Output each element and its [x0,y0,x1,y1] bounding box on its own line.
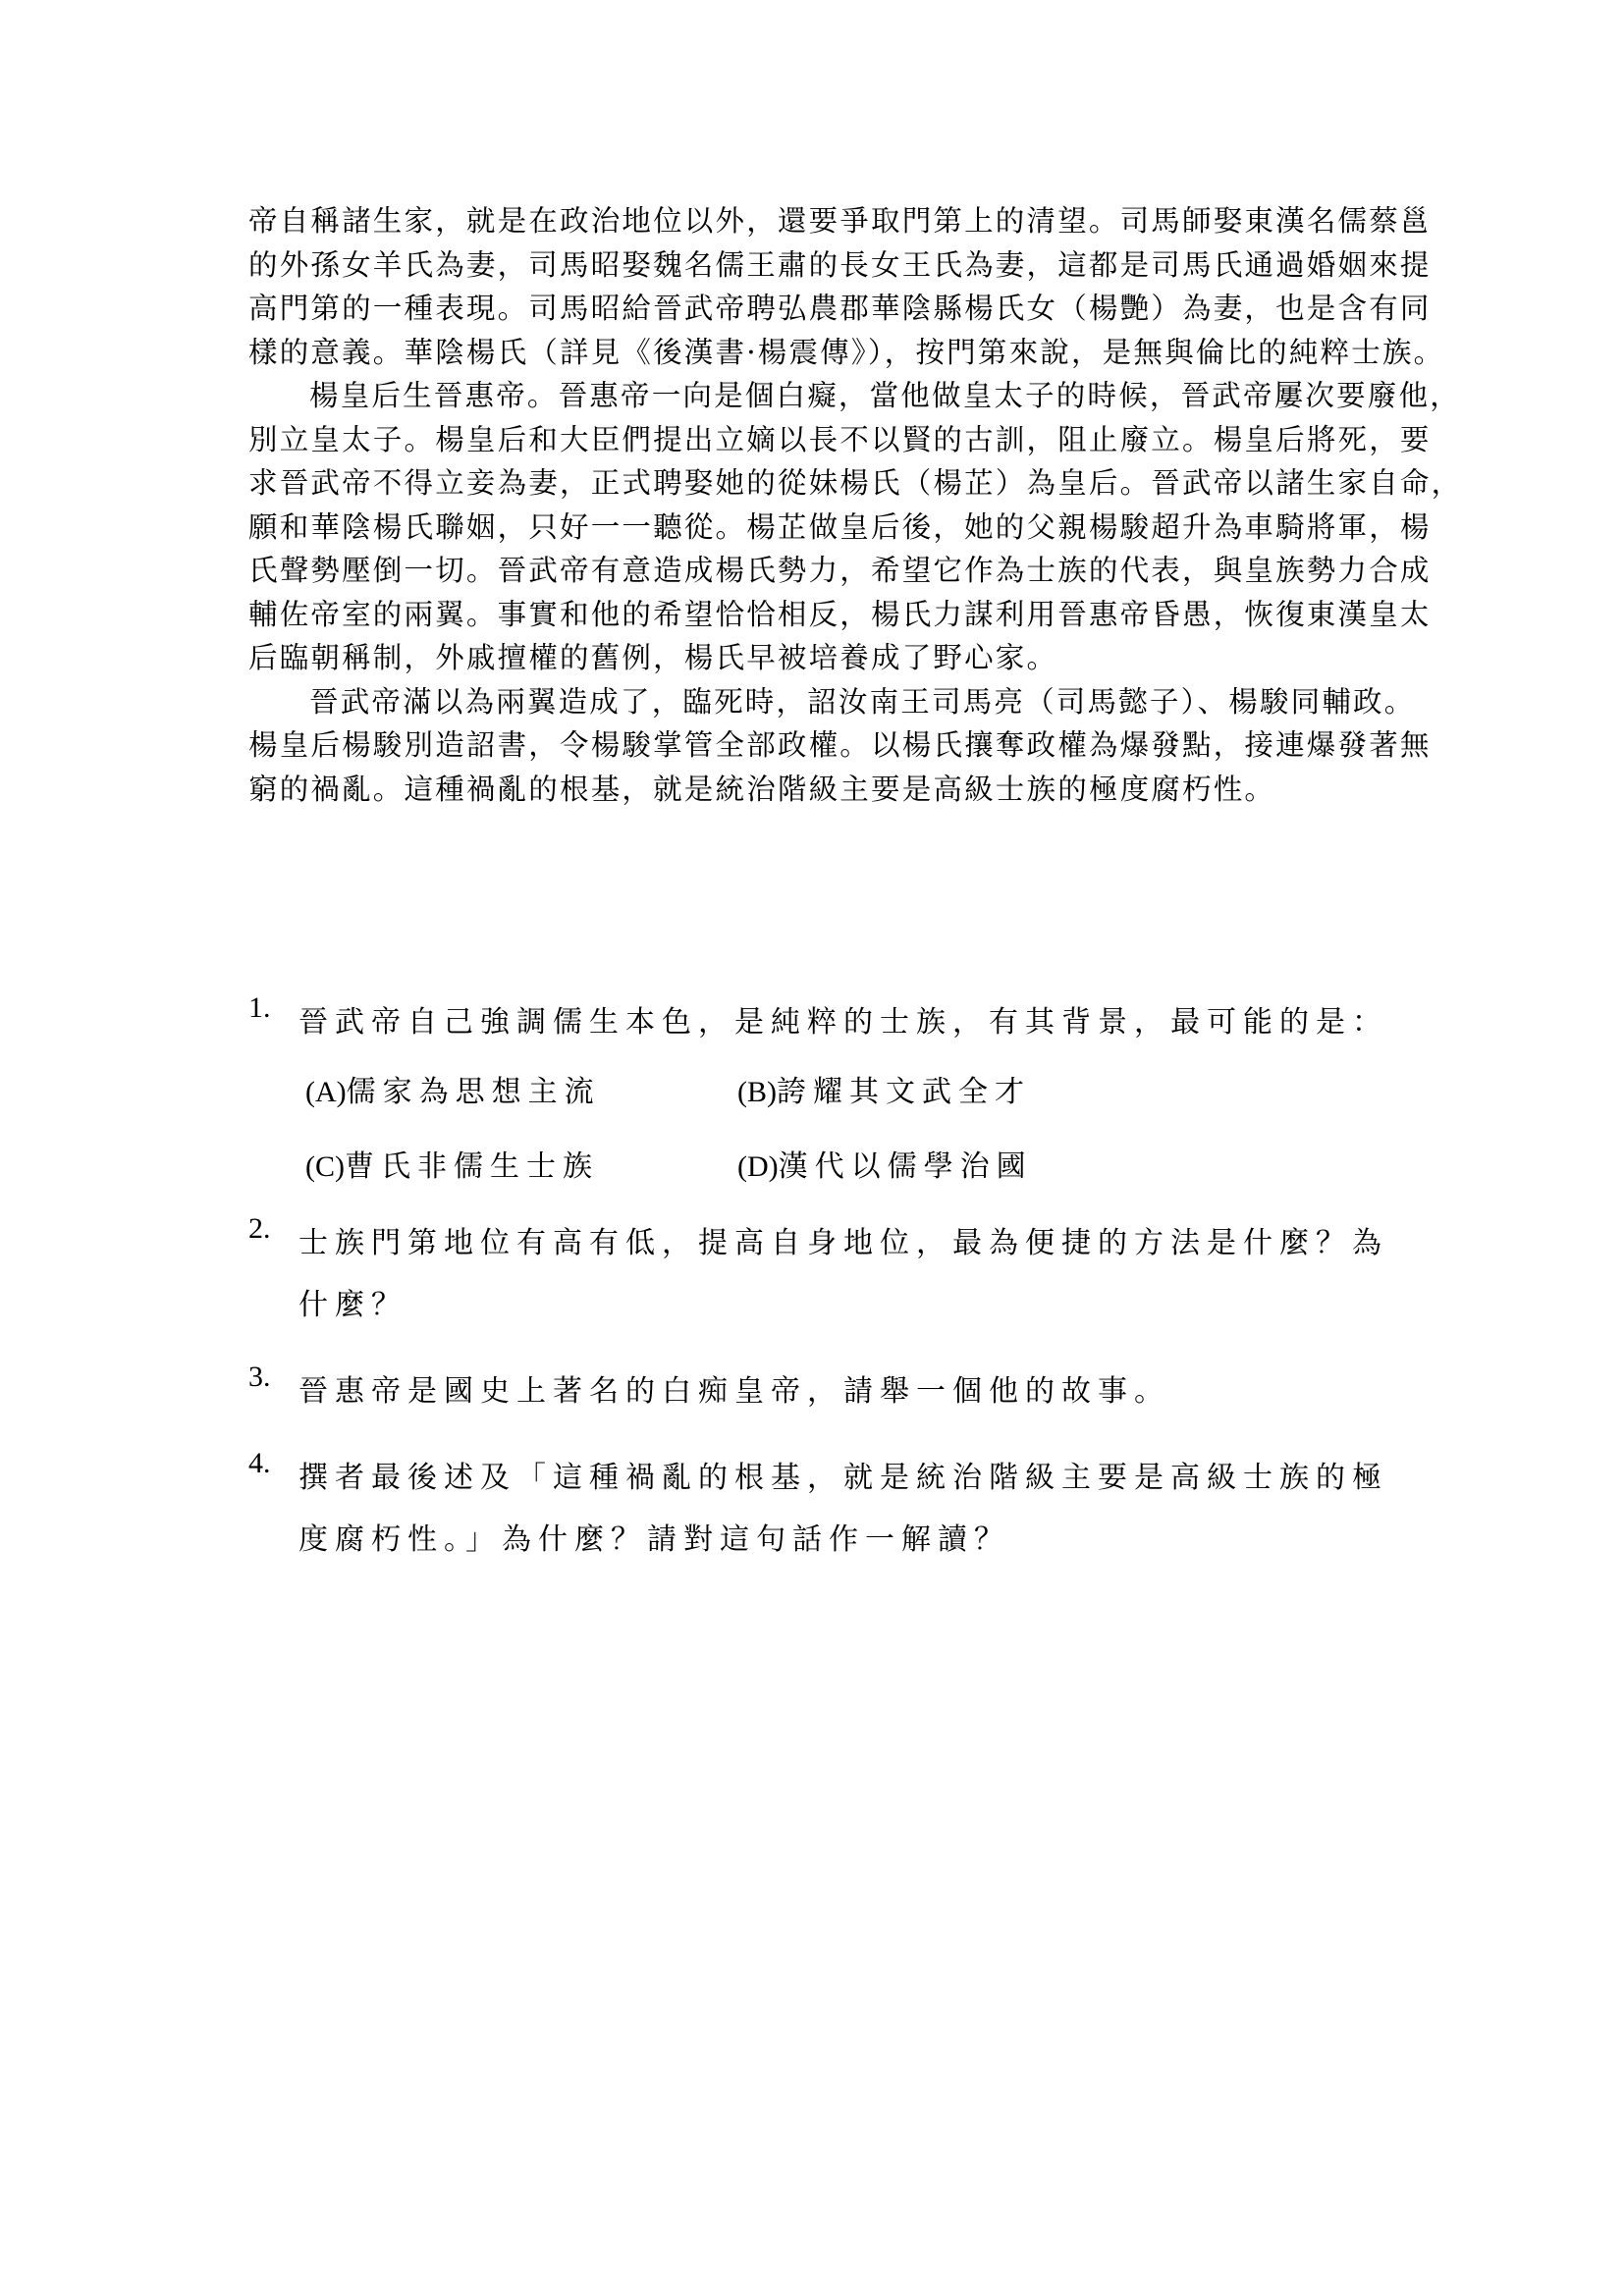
option-text: 曹氏非儒生士族 [345,1150,599,1183]
passage-paragraph-3: 晉武帝滿以為兩翼造成了，臨死時，詔汝南王司馬亮（司馬懿子）、楊駿同輔政。 楊皇后… [248,680,1387,812]
passage-line: 帝自稱諸生家，就是在政治地位以外，還要爭取門第上的清望。司馬師娶東漢名儒蔡邕 [248,199,1387,243]
passage-line: 楊皇后楊駿別造詔書，令楊駿掌管全部政權。以楊氏攘奪政權為爆發點，接連爆發著無 [248,723,1387,768]
passage-line: 窮的禍亂。這種禍亂的根基，就是統治階級主要是高級士族的極度腐朽性。 [248,768,1387,812]
option-row: (C)曹氏非儒生士族 (D)漢代以儒學治國 [305,1130,1397,1204]
option-key: (A) [305,1076,347,1108]
question-list: 1. 晉武帝自己強調儒生本色，是純粹的士族，有其背景，最可能的是： (A)儒家為… [248,991,1397,1571]
option-row: (A)儒家為思想主流 (B)誇耀其文武全才 [305,1055,1397,1130]
option-key: (D) [737,1150,779,1183]
passage-line: 氏聲勢壓倒一切。晉武帝有意造成楊氏勢力，希望它作為士族的代表，與皇族勢力合成 [248,549,1387,593]
passage-line: 別立皇太子。楊皇后和大臣們提出立嫡以長不以賢的古訓，阻止廢立。楊皇后將死，要 [248,418,1387,462]
question-1-options: (A)儒家為思想主流 (B)誇耀其文武全才 (C)曹氏非儒生士族 (D)漢代以儒… [248,1055,1397,1204]
question-text: 晉惠帝是國史上著名的白痴皇帝，請舉一個他的故事。 [298,1361,1397,1422]
question-number: 3. [248,1361,271,1394]
passage-line: 高門第的一種表現。司馬昭給晉武帝聘弘農郡華陰縣楊氏女（楊艷）為妻，也是含有同 [248,287,1387,331]
option-a[interactable]: (A)儒家為思想主流 [305,1055,737,1130]
option-b[interactable]: (B)誇耀其文武全才 [737,1055,1169,1130]
passage-line: 的外孫女羊氏為妻，司馬昭娶魏名儒王肅的長女王氏為妻，這都是司馬氏通過婚姻來提 [248,243,1387,288]
question-text: 什麼？ [298,1274,1397,1336]
passage-line: 樣的意義。華陰楊氏（詳見《後漢書·楊震傳》），按門第來說，是無與倫比的純粹士族。 [248,331,1387,375]
passage-line: 晉武帝滿以為兩翼造成了，臨死時，詔汝南王司馬亮（司馬懿子）、楊駿同輔政。 [248,680,1387,724]
document-page: 帝自稱諸生家，就是在政治地位以外，還要爭取門第上的清望。司馬師娶東漢名儒蔡邕 的… [0,0,1624,2296]
passage-line: 楊皇后生晉惠帝。晉惠帝一向是個白癡，當他做皇太子的時候，晉武帝屢次要廢他， [248,374,1387,418]
question-number: 1. [248,991,271,1025]
option-text: 誇耀其文武全才 [777,1076,1031,1108]
passage-paragraph-2: 楊皇后生晉惠帝。晉惠帝一向是個白癡，當他做皇太子的時候，晉武帝屢次要廢他， 別立… [248,374,1387,680]
question-3: 3. 晉惠帝是國史上著名的白痴皇帝，請舉一個他的故事。 [248,1361,1397,1422]
option-d[interactable]: (D)漢代以儒學治國 [737,1130,1169,1204]
question-text: 晉武帝自己強調儒生本色，是純粹的士族，有其背景，最可能的是： [298,991,1397,1053]
option-key: (C) [305,1150,345,1183]
reading-passage: 帝自稱諸生家，就是在政治地位以外，還要爭取門第上的清望。司馬師娶東漢名儒蔡邕 的… [248,199,1387,811]
passage-line: 願和華陰楊氏聯姻，只好一一聽從。楊芷做皇后後，她的父親楊駿超升為車騎將軍，楊 [248,506,1387,550]
option-text: 儒家為思想主流 [347,1076,601,1108]
question-text: 度腐朽性。」為什麼？請對這句話作一解讀？ [298,1509,1397,1571]
passage-line: 后臨朝稱制，外戚擅權的舊例，楊氏早被培養成了野心家。 [248,636,1387,680]
question-text: 士族門第地位有高有低，提高自身地位，最為便捷的方法是什麼？為 [298,1212,1397,1274]
option-text: 漢代以儒學治國 [779,1150,1033,1183]
question-text: 撰者最後述及「這種禍亂的根基，就是統治階級主要是高級士族的極 [298,1447,1397,1509]
question-4: 4. 撰者最後述及「這種禍亂的根基，就是統治階級主要是高級士族的極 度腐朽性。」… [248,1447,1397,1571]
passage-line: 求晉武帝不得立妾為妻，正式聘娶她的從妹楊氏（楊芷）為皇后。晉武帝以諸生家自命， [248,461,1387,506]
option-key: (B) [737,1076,777,1108]
option-c[interactable]: (C)曹氏非儒生士族 [305,1130,737,1204]
question-number: 4. [248,1447,271,1480]
question-2: 2. 士族門第地位有高有低，提高自身地位，最為便捷的方法是什麼？為 什麼？ [248,1212,1397,1336]
passage-paragraph-1: 帝自稱諸生家，就是在政治地位以外，還要爭取門第上的清望。司馬師娶東漢名儒蔡邕 的… [248,199,1387,374]
question-1: 1. 晉武帝自己強調儒生本色，是純粹的士族，有其背景，最可能的是： [248,991,1397,1053]
question-number: 2. [248,1212,271,1246]
passage-line: 輔佐帝室的兩翼。事實和他的希望恰恰相反，楊氏力謀利用晉惠帝昏愚，恢復東漢皇太 [248,593,1387,637]
